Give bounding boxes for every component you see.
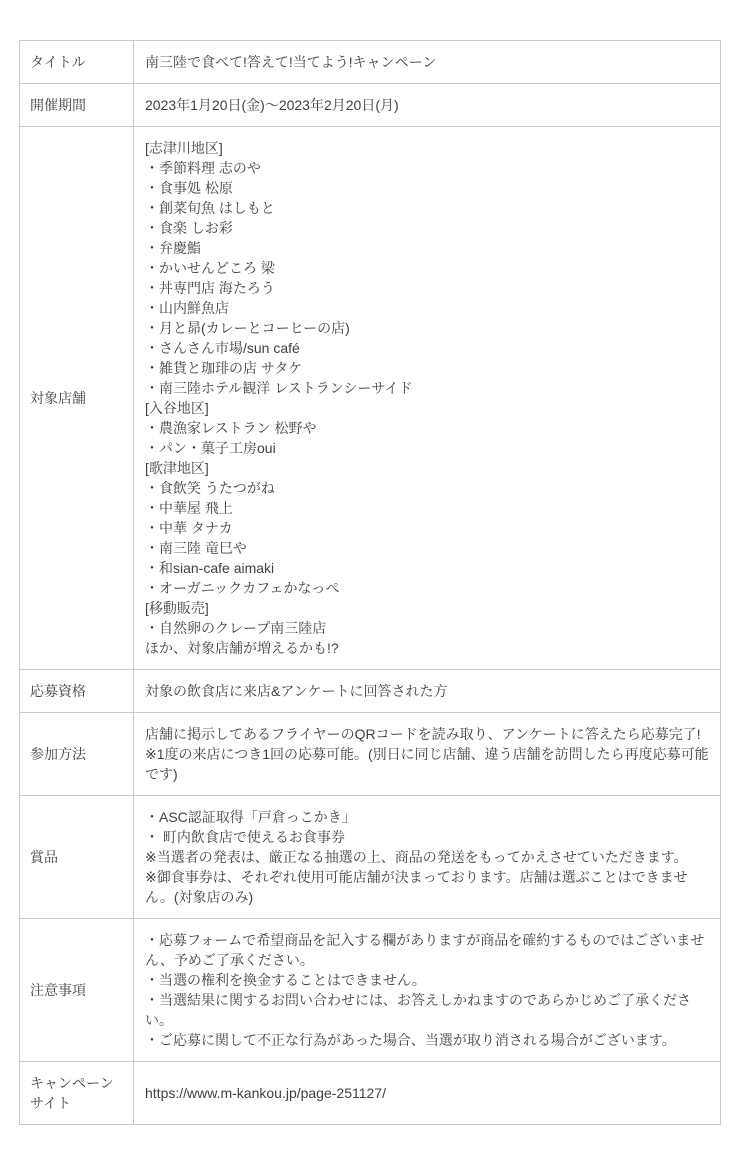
row-label-campaign-site: キャンペーンサイト <box>20 1062 134 1125</box>
table-row-eligibility: 応募資格 対象の飲食店に来店&アンケートに回答された方 <box>20 670 721 713</box>
row-label-title: タイトル <box>20 41 134 84</box>
row-value-notes: ・応募フォームで希望商品を記入する欄がありますが商品を確約するものではございませ… <box>134 919 721 1062</box>
row-value-eligibility: 対象の飲食店に来店&アンケートに回答された方 <box>134 670 721 713</box>
row-label-target-stores: 対象店舗 <box>20 127 134 670</box>
row-label-period: 開催期間 <box>20 84 134 127</box>
table-row-how-to-enter: 参加方法 店舗に掲示してあるフライヤーのQRコードを読み取り、アンケートに答えた… <box>20 713 721 796</box>
row-label-how-to-enter: 参加方法 <box>20 713 134 796</box>
row-value-title: 南三陸で食べて!答えて!当てよう!キャンペーン <box>134 41 721 84</box>
row-label-notes: 注意事項 <box>20 919 134 1062</box>
row-value-how-to-enter: 店舗に掲示してあるフライヤーのQRコードを読み取り、アンケートに答えたら応募完了… <box>134 713 721 796</box>
table-row-period: 開催期間 2023年1月20日(金)〜2023年2月20日(月) <box>20 84 721 127</box>
table-row-notes: 注意事項 ・応募フォームで希望商品を記入する欄がありますが商品を確約するものでは… <box>20 919 721 1062</box>
campaign-info-table: タイトル 南三陸で食べて!答えて!当てよう!キャンペーン 開催期間 2023年1… <box>19 40 721 1125</box>
table-row-title: タイトル 南三陸で食べて!答えて!当てよう!キャンペーン <box>20 41 721 84</box>
table-row-target-stores: 対象店舗 [志津川地区] ・季節料理 志のや ・食事処 松原 ・創菜旬魚 はしも… <box>20 127 721 670</box>
row-value-period: 2023年1月20日(金)〜2023年2月20日(月) <box>134 84 721 127</box>
row-label-eligibility: 応募資格 <box>20 670 134 713</box>
table-row-prizes: 賞品 ・ASC認証取得「戸倉っこかき」 ・ 町内飲食店で使えるお食事券 ※当選者… <box>20 796 721 919</box>
row-value-campaign-site-url: https://www.m-kankou.jp/page-251127/ <box>134 1062 721 1125</box>
row-label-prizes: 賞品 <box>20 796 134 919</box>
row-value-prizes: ・ASC認証取得「戸倉っこかき」 ・ 町内飲食店で使えるお食事券 ※当選者の発表… <box>134 796 721 919</box>
table-row-campaign-site: キャンペーンサイト https://www.m-kankou.jp/page-2… <box>20 1062 721 1125</box>
row-value-target-stores: [志津川地区] ・季節料理 志のや ・食事処 松原 ・創菜旬魚 はしもと ・食楽… <box>134 127 721 670</box>
